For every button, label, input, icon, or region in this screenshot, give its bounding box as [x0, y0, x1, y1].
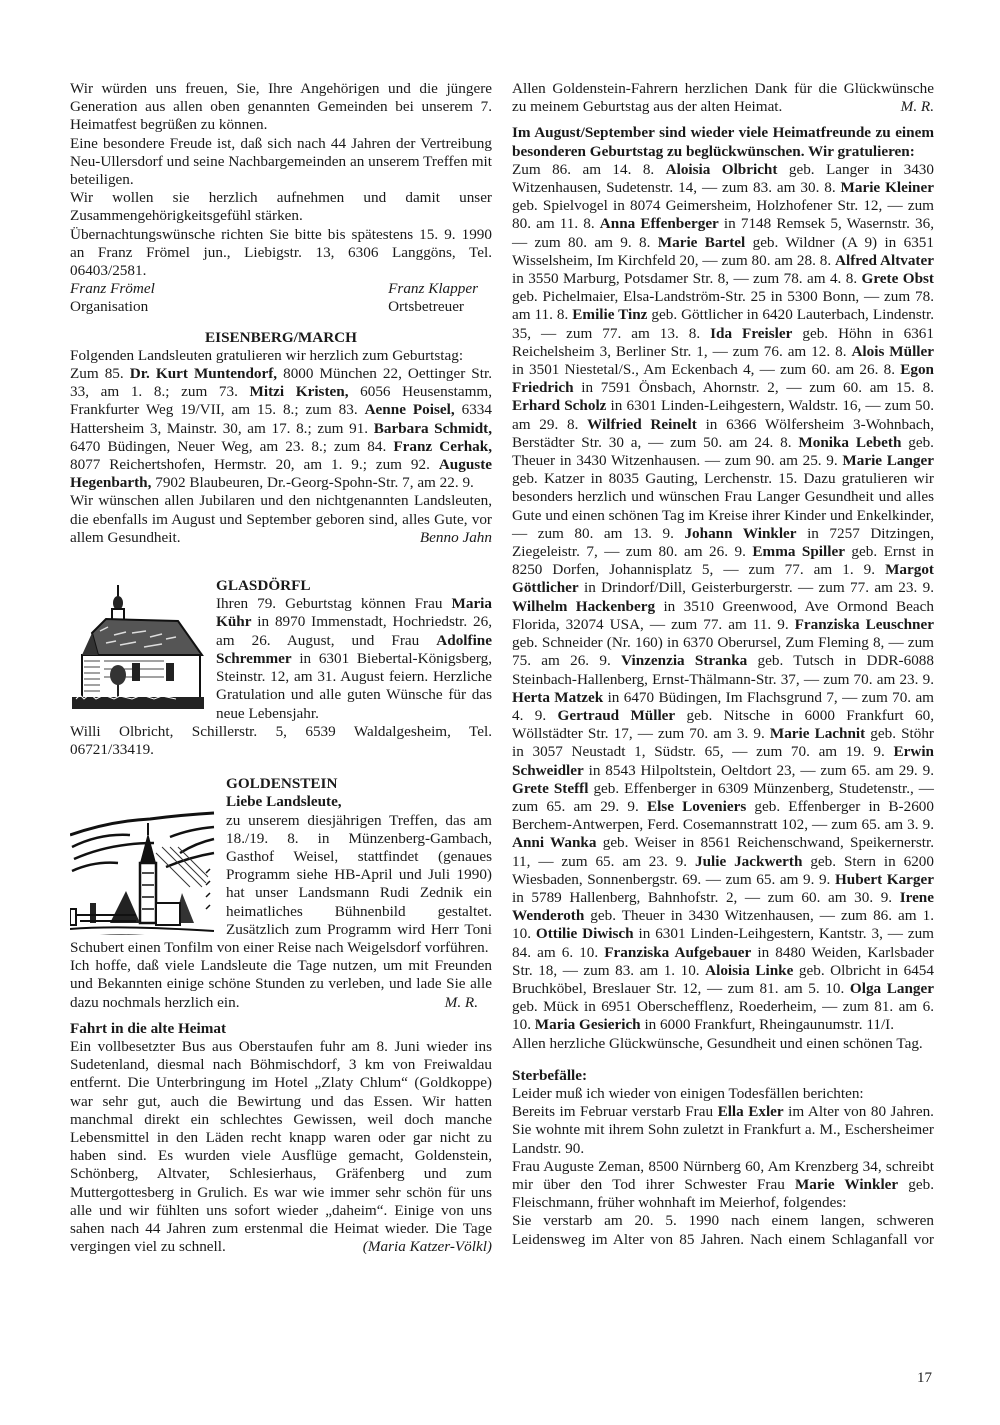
signature: M. R. [901, 98, 934, 116]
intro-paragraph: Übernachtungswünsche richten Sie bitte b… [70, 226, 492, 281]
intro-paragraph: Wir wollen sie herzlich aufnehmen und da… [70, 189, 492, 225]
signature-role-row: Organisation Ortsbetreuer [70, 298, 492, 316]
signature-role: Ortsbetreuer [388, 298, 464, 316]
person-name: Marie Langer [842, 452, 934, 469]
person-name: Gertraud Müller [558, 707, 676, 724]
left-column: Wir würden uns freuen, Sie, Ihre Angehör… [70, 80, 492, 1256]
right-column: Allen Goldenstein-Fahrern herzlichen Dan… [512, 80, 934, 1249]
person-name: Olga Langer [850, 980, 934, 997]
person-name: Hubert Karger [835, 871, 934, 888]
fahrt-body: Ein vollbesetzter Bus aus Oberstaufen fu… [70, 1038, 492, 1256]
person-name: Ottilie Diwisch [536, 925, 634, 942]
deaths-paragraph: Frau Auguste Zeman, 8500 Nürnberg 60, Am… [512, 1158, 934, 1213]
eisenberg-intro: Folgenden Landsleuten gratulieren wir he… [70, 347, 492, 365]
signature: (Maria Katzer-Völkl) [363, 1238, 492, 1256]
person-name: Barbara Schmidt, [374, 420, 492, 437]
person-name: Erhard Scholz [512, 397, 606, 414]
intro-paragraph: Eine besondere Freude ist, daß sich nach… [70, 135, 492, 190]
signature: Benno Jahn [420, 529, 492, 547]
signature-name: Franz Klapper [388, 280, 478, 298]
person-name: Marie Lachnit [770, 725, 865, 742]
person-name: Anni Wanka [512, 834, 596, 851]
person-name: Emma Spiller [752, 543, 845, 560]
person-name: Emilie Tinz [572, 306, 647, 323]
person-name: Johann Winkler [684, 525, 796, 542]
person-name: Dr. Kurt Muntendorf, [130, 365, 277, 382]
section-heading-fahrt: Fahrt in die alte Heimat [70, 1020, 492, 1038]
deaths-paragraph: Sie verstarb am 20. 5. 1990 nach einem l… [512, 1212, 934, 1248]
person-name: Grete Steffl [512, 780, 588, 797]
person-name: Alois Müller [851, 343, 934, 360]
deaths-intro: Leider muß ich wieder von einigen Todesf… [512, 1085, 934, 1103]
person-name: Franz Cerhak, [393, 438, 492, 455]
page-number: 17 [917, 1370, 932, 1387]
person-name: Vinzenzia Stranka [621, 652, 747, 669]
person-name: Wilfried Reinelt [587, 416, 697, 433]
signature-role: Organisation [70, 298, 148, 316]
person-name: Marie Winkler [795, 1176, 898, 1193]
person-name: Aenne Poisel, [365, 401, 455, 418]
church-illustration-icon [70, 583, 206, 711]
glasdoerfl-contact: Willi Olbricht, Schillerstr. 5, 6539 Wal… [70, 723, 492, 759]
person-name: Aloisia Olbricht [666, 161, 778, 178]
eisenberg-closing: Wir wünschen allen Jubilaren und den nic… [70, 492, 492, 547]
intro-paragraph: Wir würden uns freuen, Sie, Ihre Angehör… [70, 80, 492, 135]
person-name: Julie Jackwerth [695, 853, 802, 870]
birthdays-closing: Allen herzliche Glückwünsche, Gesundheit… [512, 1035, 934, 1053]
section-heading-deaths: Sterbefälle: [512, 1067, 934, 1085]
person-name: Maria Gesierich [535, 1016, 641, 1033]
person-name: Herta Matzek [512, 689, 603, 706]
person-name: Marie Kleiner [841, 179, 934, 196]
person-name: Ida Freisler [710, 325, 792, 342]
thanks-paragraph: Allen Goldenstein-Fahrern herzlichen Dan… [512, 80, 934, 116]
person-name: Ella Exler [718, 1103, 784, 1120]
glasdoerfl-section: GLASDÖRFL Ihren 79. Geburtstag können Fr… [70, 577, 492, 759]
person-name: Marie Bartel [658, 234, 745, 251]
signature-name: Franz Frömel [70, 280, 155, 298]
person-name: Else Loveniers [647, 798, 746, 815]
birthdays-heading: Im August/September sind wieder viele He… [512, 124, 934, 160]
person-name: Aloisia Linke [705, 962, 793, 979]
deaths-paragraph: Bereits im Februar verstarb Frau Ella Ex… [512, 1103, 934, 1158]
person-name: Monika Lebeth [798, 434, 901, 451]
goldenstein-section: GOLDENSTEIN Liebe Landsleute, zu unserem… [70, 775, 492, 1012]
person-name: Franziska Aufgebauer [604, 944, 751, 961]
person-name: Mitzi Kristen, [250, 383, 349, 400]
signature: M. R. [445, 994, 478, 1012]
signature-row: Franz Frömel Franz Klapper [70, 280, 492, 298]
person-name: Franziska Leuschner [795, 616, 934, 633]
person-name: Anna Effenberger [600, 215, 719, 232]
goldenstein-body-2: Ich hoffe, daß viele Landsleute die Tage… [70, 957, 492, 1012]
eisenberg-entries: Zum 85. Dr. Kurt Muntendorf, 8000 Münche… [70, 365, 492, 492]
section-heading-eisenberg: EISENBERG/MARCH [70, 329, 492, 347]
person-name: Grete Obst [862, 270, 934, 287]
town-illustration-icon [70, 775, 216, 935]
birthdays-list: Zum 86. am 14. 8. Aloisia Olbricht geb. … [512, 161, 934, 1035]
person-name: Wilhelm Hackenberg [512, 598, 655, 615]
person-name: Alfred Altvater [835, 252, 934, 269]
